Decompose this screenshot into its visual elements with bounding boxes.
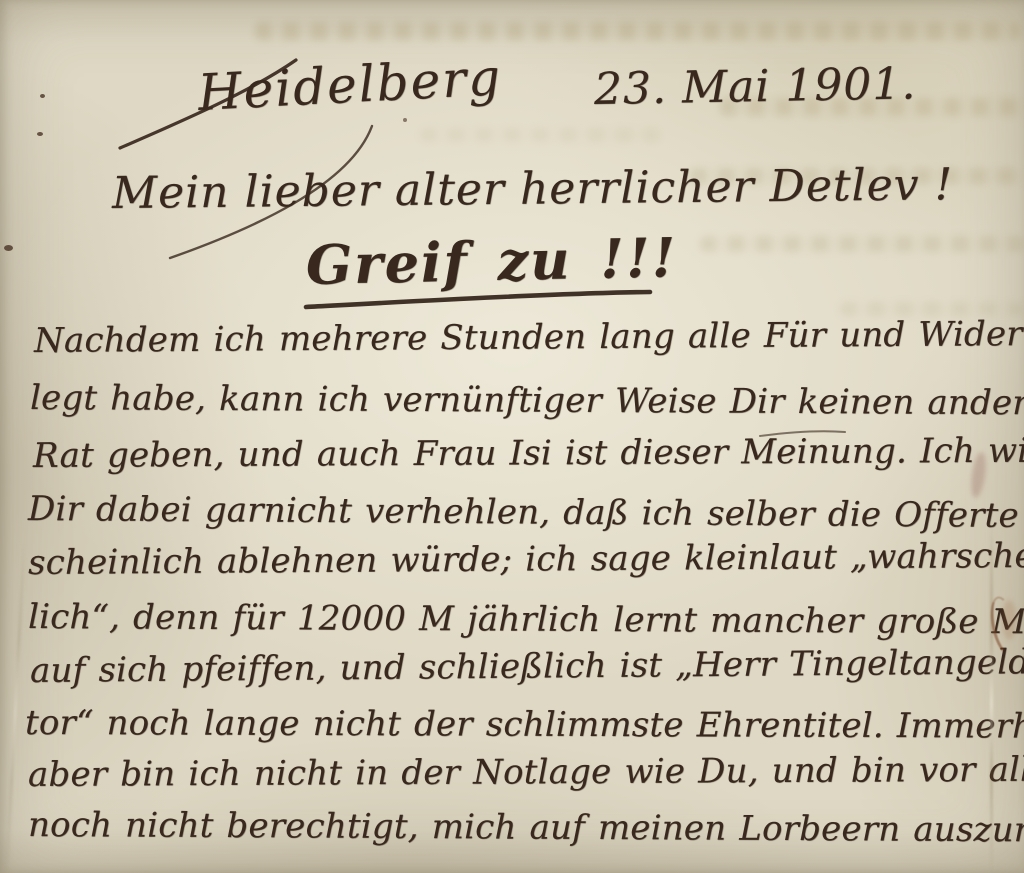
body-line: aber bin ich nicht in der Notlage wie Du… (28, 752, 1024, 792)
letter-date: 23. Mai 1901. (594, 62, 917, 112)
body-line: Rat geben, und auch Frau Isi ist dieser … (33, 434, 1024, 473)
bleedthrough-ghost-text (700, 236, 1024, 252)
ink-speck (4, 245, 13, 251)
body-line: scheinlich ablehnen würde; ich sage klei… (28, 539, 1024, 580)
paper-crease (990, 520, 993, 873)
letter-place: Heidelberg (197, 52, 503, 118)
letter-heading: Greif zu !!! (305, 230, 677, 292)
body-line: tor“ noch lange nicht der schlimmste Ehr… (25, 706, 1024, 744)
body-line: Nachdem ich mehrere Stunden lang alle Fü… (34, 316, 1024, 358)
bleedthrough-ghost-text (420, 128, 660, 142)
letter-salutation: Mein lieber alter herrlicher Detlev ! (112, 163, 954, 216)
body-line: auf sich pfeiffen, und schließlich ist „… (30, 645, 1024, 688)
letter-page: Heidelberg 23. Mai 1901. Mein lieber alt… (0, 0, 1024, 873)
ink-speck (40, 94, 45, 98)
ink-speck (403, 118, 407, 122)
ink-speck (37, 132, 43, 136)
body-line: noch nicht berechtigt, mich auf meinen L… (28, 808, 1024, 848)
body-line: legt habe, kann ich vernünftiger Weise D… (30, 381, 1024, 420)
paper-crease (5, 540, 25, 873)
body-line: lich“, denn für 12000 M jährlich lernt m… (28, 600, 1024, 640)
body-line: Dir dabei garnicht verhehlen, daß ich se… (28, 492, 1024, 534)
bleedthrough-ghost-text (255, 22, 1020, 40)
